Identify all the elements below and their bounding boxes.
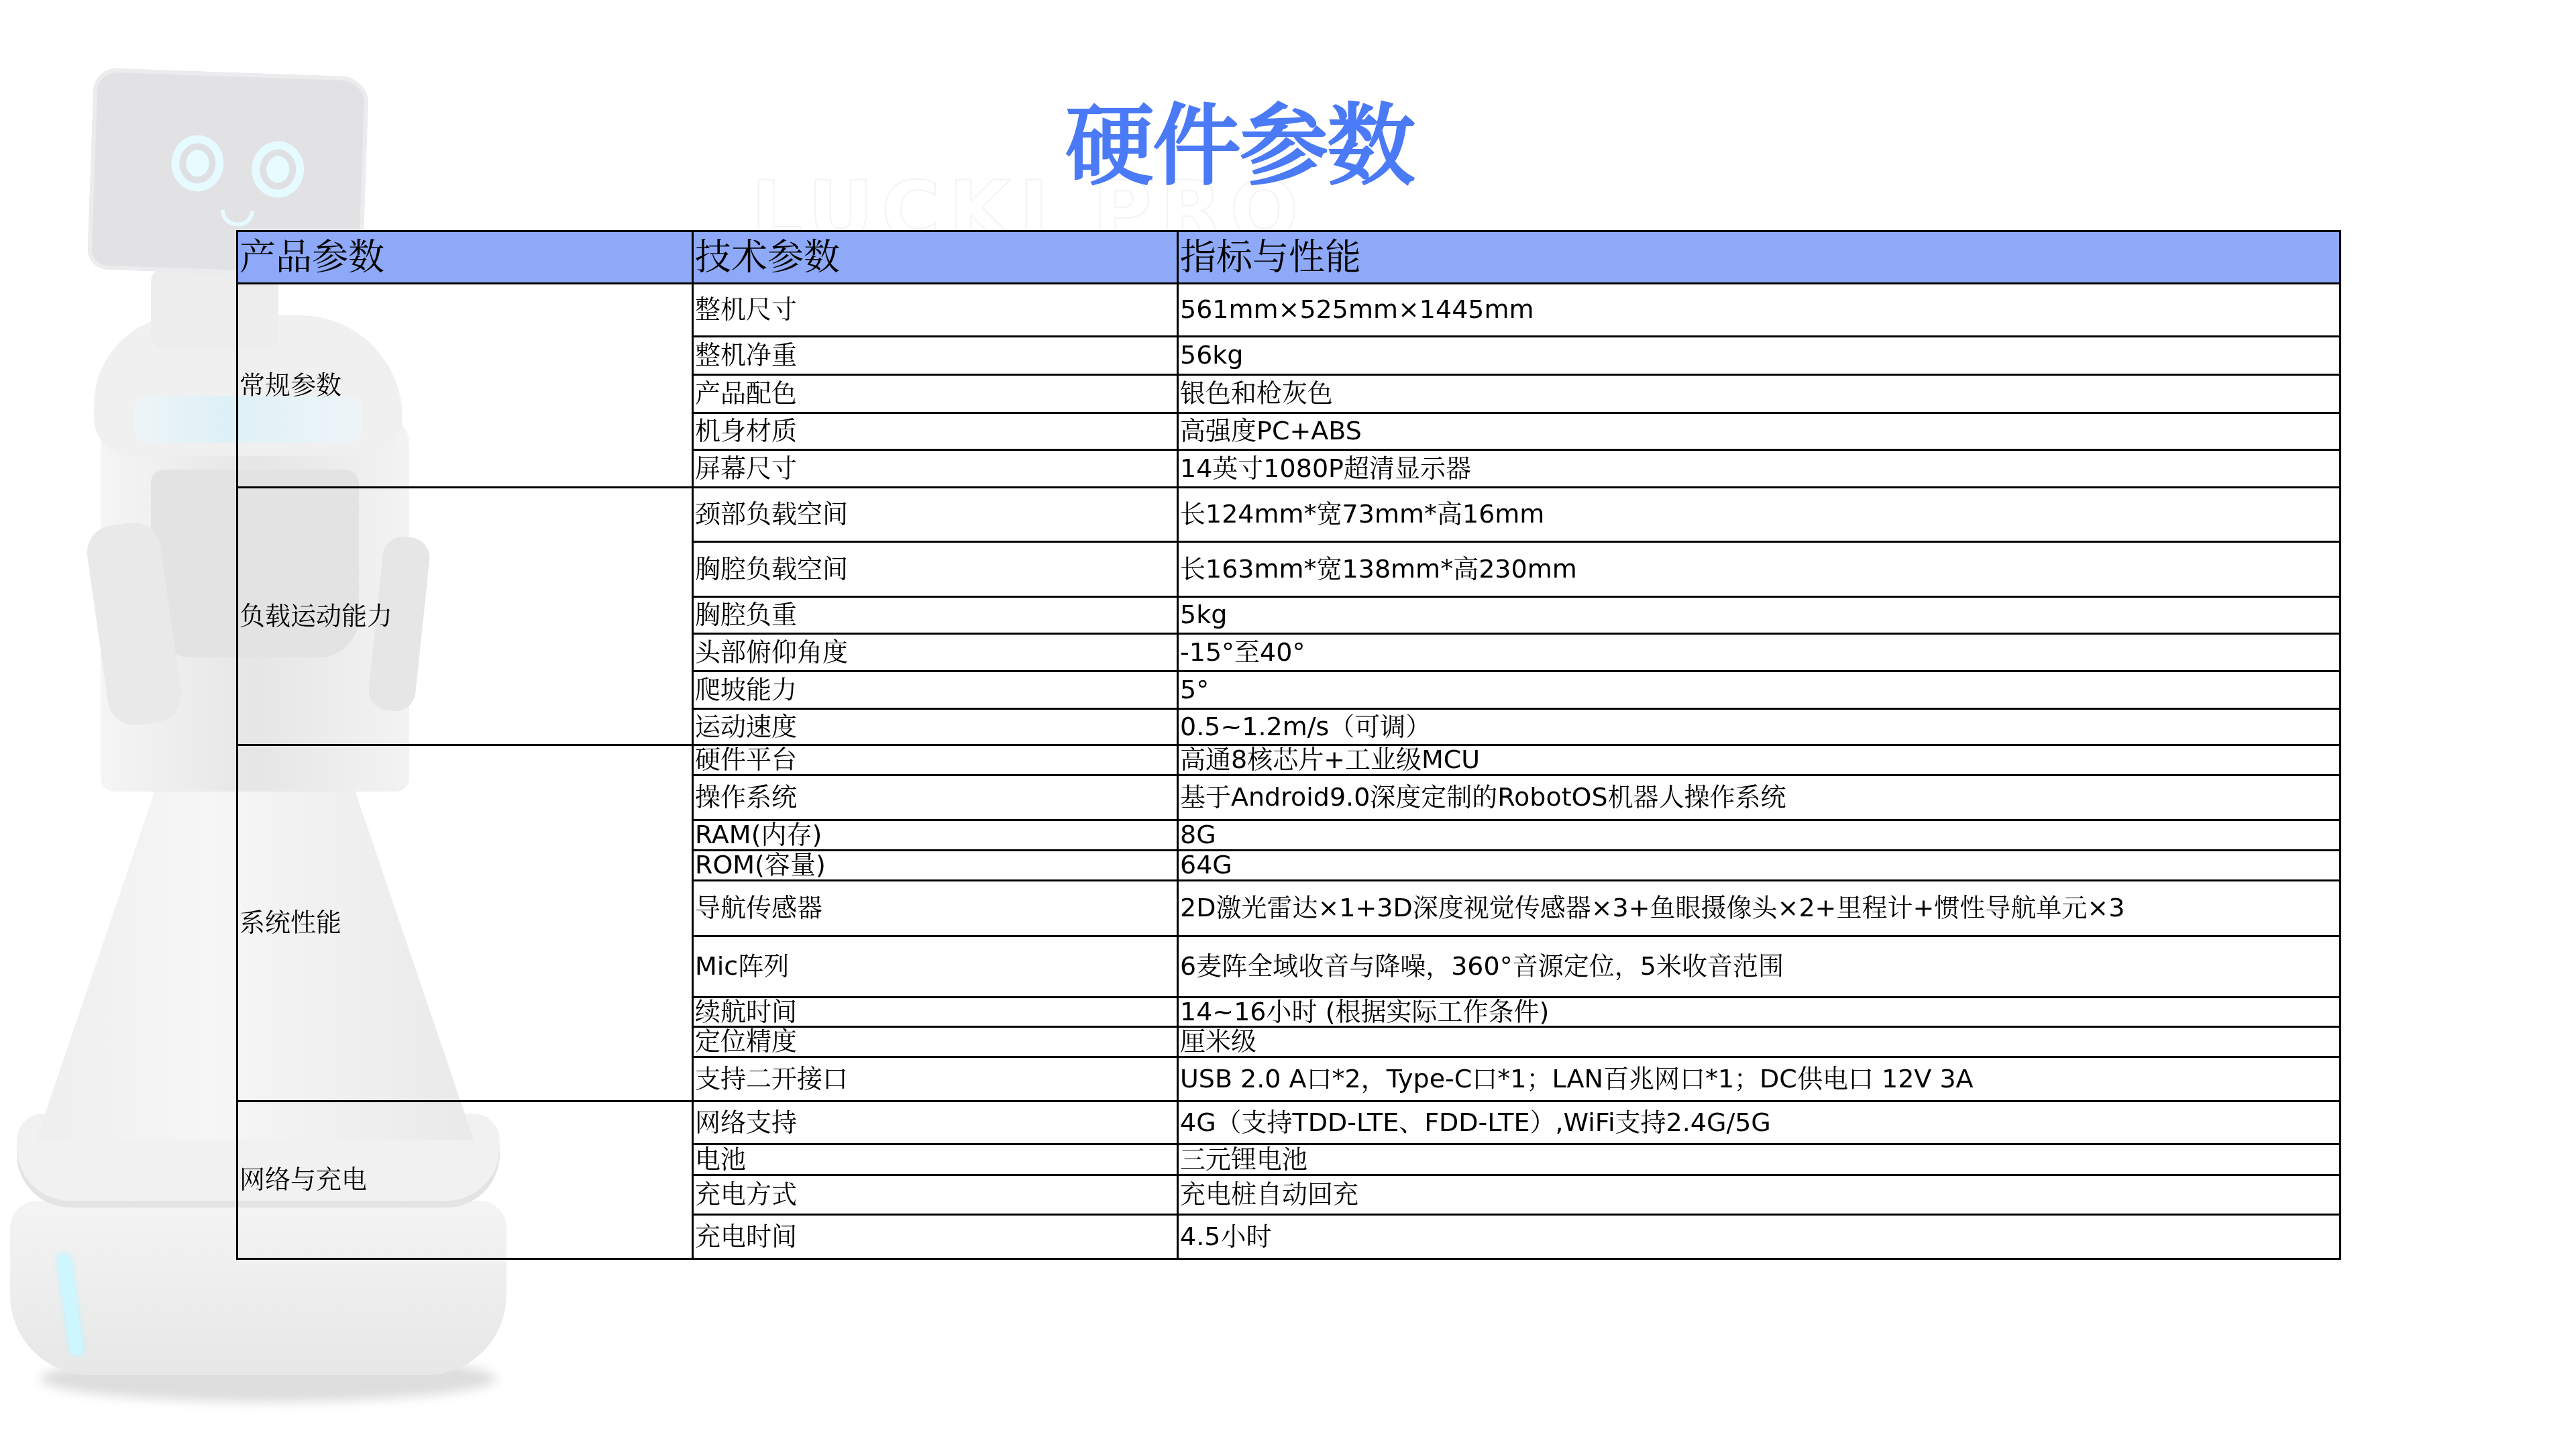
value-cell: 14~16小时 (根据实际工作条件) (1178, 997, 2341, 1027)
robot-shadow (40, 1355, 496, 1402)
table-row: 负载运动能力 颈部负载空间 长124mm*宽73mm*高16mm (237, 488, 2341, 542)
param-cell: 网络支持 (693, 1102, 1178, 1144)
value-cell: 6麦阵全域收音与降噪，360°音源定位，5米收音范围 (1178, 936, 2341, 997)
value-cell: 长163mm*宽138mm*高230mm (1178, 542, 2341, 597)
value-cell: 0.5~1.2m/s（可调） (1178, 709, 2341, 745)
param-cell: Mic阵列 (693, 936, 1178, 997)
param-cell: ROM(容量) (693, 850, 1178, 880)
param-cell: 支持二开接口 (693, 1057, 1178, 1102)
value-cell: 高通8核芯片+工业级MCU (1178, 745, 2341, 775)
robot-left-eye-icon (170, 134, 225, 193)
param-cell: 头部俯仰角度 (693, 634, 1178, 672)
param-cell: 硬件平台 (693, 745, 1178, 775)
header-product-params: 产品参数 (237, 231, 693, 284)
param-cell: 定位精度 (693, 1027, 1178, 1057)
hardware-spec-table: 产品参数 技术参数 指标与性能 常规参数 整机尺寸 561mm×525mm×14… (236, 230, 2341, 1260)
value-cell: 14英寸1080P超清显示器 (1178, 450, 2341, 488)
param-cell: 操作系统 (693, 775, 1178, 820)
table-row: 系统性能 硬件平台 高通8核芯片+工业级MCU (237, 745, 2341, 775)
param-cell: 胸腔负载空间 (693, 542, 1178, 597)
value-cell: 56kg (1178, 337, 2341, 375)
param-cell: 充电方式 (693, 1175, 1178, 1215)
value-cell: 厘米级 (1178, 1027, 2341, 1057)
value-cell: 8G (1178, 820, 2341, 850)
robot-led-strip (56, 1254, 84, 1355)
value-cell: -15°至40° (1178, 634, 2341, 672)
header-specs-performance: 指标与性能 (1178, 231, 2341, 284)
param-cell: 整机尺寸 (693, 284, 1178, 337)
group-general-params: 常规参数 (237, 284, 693, 488)
page-title: 硬件参数 (1065, 86, 1414, 207)
value-cell: 充电桩自动回充 (1178, 1175, 2341, 1215)
param-cell: 充电时间 (693, 1215, 1178, 1259)
group-system-performance: 系统性能 (237, 745, 693, 1102)
value-cell: 高强度PC+ABS (1178, 413, 2341, 450)
value-cell: 64G (1178, 850, 2341, 880)
group-network-charging: 网络与充电 (237, 1102, 693, 1259)
value-cell: 长124mm*宽73mm*高16mm (1178, 488, 2341, 542)
param-cell: 导航传感器 (693, 880, 1178, 936)
param-cell: 屏幕尺寸 (693, 450, 1178, 488)
header-tech-params: 技术参数 (693, 231, 1178, 284)
param-cell: 爬坡能力 (693, 672, 1178, 709)
param-cell: 颈部负载空间 (693, 488, 1178, 542)
value-cell: 5kg (1178, 597, 2341, 634)
value-cell: 4.5小时 (1178, 1215, 2341, 1259)
param-cell: 电池 (693, 1144, 1178, 1175)
value-cell: USB 2.0 A口*2，Type-C口*1；LAN百兆网口*1；DC供电口 1… (1178, 1057, 2341, 1102)
value-cell: 基于Android9.0深度定制的RobotOS机器人操作系统 (1178, 775, 2341, 820)
param-cell: RAM(内存) (693, 820, 1178, 850)
table-header-row: 产品参数 技术参数 指标与性能 (237, 231, 2341, 284)
param-cell: 运动速度 (693, 709, 1178, 745)
robot-smile-icon (220, 210, 254, 227)
table-row: 常规参数 整机尺寸 561mm×525mm×1445mm (237, 284, 2341, 337)
value-cell: 三元锂电池 (1178, 1144, 2341, 1175)
group-load-motion: 负载运动能力 (237, 488, 693, 745)
robot-left-arm (84, 519, 185, 729)
value-cell: 银色和枪灰色 (1178, 375, 2341, 413)
param-cell: 机身材质 (693, 413, 1178, 450)
value-cell: 5° (1178, 672, 2341, 709)
robot-right-eye-icon (251, 140, 305, 199)
param-cell: 产品配色 (693, 375, 1178, 413)
table-row: 网络与充电 网络支持 4G（支持TDD-LTE、FDD-LTE）,WiFi支持2… (237, 1102, 2341, 1144)
param-cell: 整机净重 (693, 337, 1178, 375)
value-cell: 2D激光雷达×1+3D深度视觉传感器×3+鱼眼摄像头×2+里程计+惯性导航单元×… (1178, 880, 2341, 936)
value-cell: 4G（支持TDD-LTE、FDD-LTE）,WiFi支持2.4G/5G (1178, 1102, 2341, 1144)
param-cell: 胸腔负重 (693, 597, 1178, 634)
value-cell: 561mm×525mm×1445mm (1178, 284, 2341, 337)
param-cell: 续航时间 (693, 997, 1178, 1027)
